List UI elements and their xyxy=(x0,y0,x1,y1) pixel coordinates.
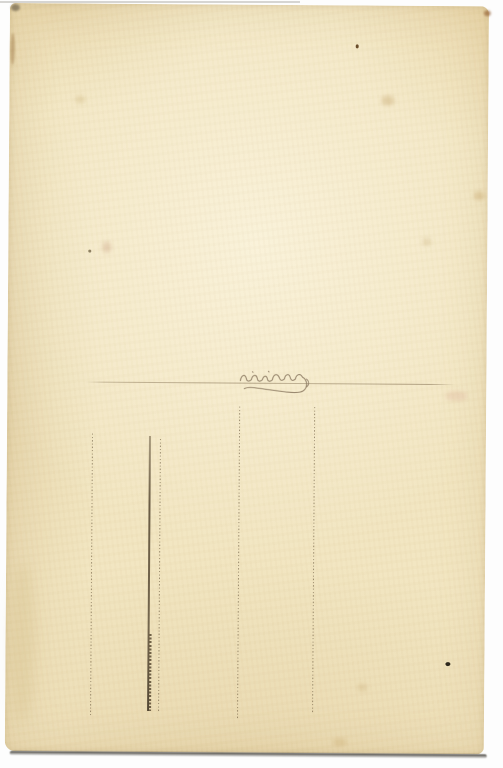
foxing-spot xyxy=(333,738,347,746)
card-edge-shadow xyxy=(10,751,487,758)
foxing-spot xyxy=(75,95,85,103)
foxing-spot xyxy=(357,683,367,691)
foxing-spot xyxy=(102,242,111,253)
address-line xyxy=(158,439,161,713)
foxing-spot xyxy=(356,44,359,48)
foxing-spot xyxy=(11,33,15,65)
foxing-spot xyxy=(445,391,467,401)
address-line xyxy=(312,407,315,714)
address-line xyxy=(90,434,93,717)
foxing-spot xyxy=(422,238,431,246)
address-line xyxy=(147,436,151,711)
cursive-flourish-icon xyxy=(232,362,318,403)
postcard xyxy=(5,3,489,754)
foxing-spots xyxy=(10,3,489,6)
address-lines xyxy=(10,3,489,6)
foxing-spot xyxy=(381,96,394,106)
makers-mark-script xyxy=(232,362,318,407)
foxing-spot xyxy=(474,191,485,200)
foxing-spot xyxy=(484,10,491,16)
address-line xyxy=(237,407,240,720)
foxing-spot xyxy=(88,250,91,253)
foxing-spot xyxy=(445,662,450,666)
foxing-spot xyxy=(11,4,20,11)
foxing-spot xyxy=(9,563,36,723)
